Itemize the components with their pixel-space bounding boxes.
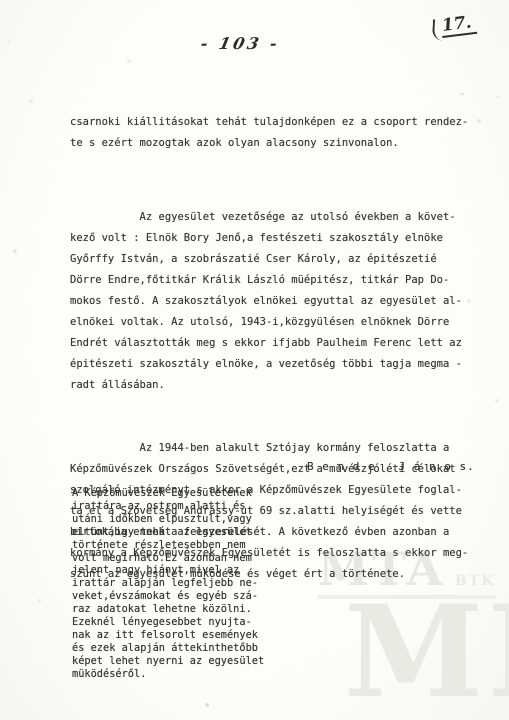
handwritten-folio-number: 17. — [440, 12, 477, 38]
paper-specks — [8, 40, 10, 42]
author-signature: B e n d e J á n o s. — [307, 460, 475, 473]
paragraph-leadership: Az egyesület vezetősége az utolsó évekbe… — [70, 207, 468, 396]
folio-text: 17. — [440, 12, 477, 38]
handwritten-page-number: - 103 - — [199, 34, 282, 53]
ink-smudge: ^ · –· — [459, 92, 509, 103]
footnote-block: A Képzőmüvészek Egyesületének irattára a… — [72, 487, 264, 681]
paragraph-exhibitions: csarnoki kiállitásokat tehát tulajdonkép… — [70, 112, 468, 154]
folio-flourish-stroke — [432, 19, 444, 41]
scanned-document-page: MTA BTK MI 17. - 103 - csarnoki kiállitá… — [0, 0, 509, 720]
